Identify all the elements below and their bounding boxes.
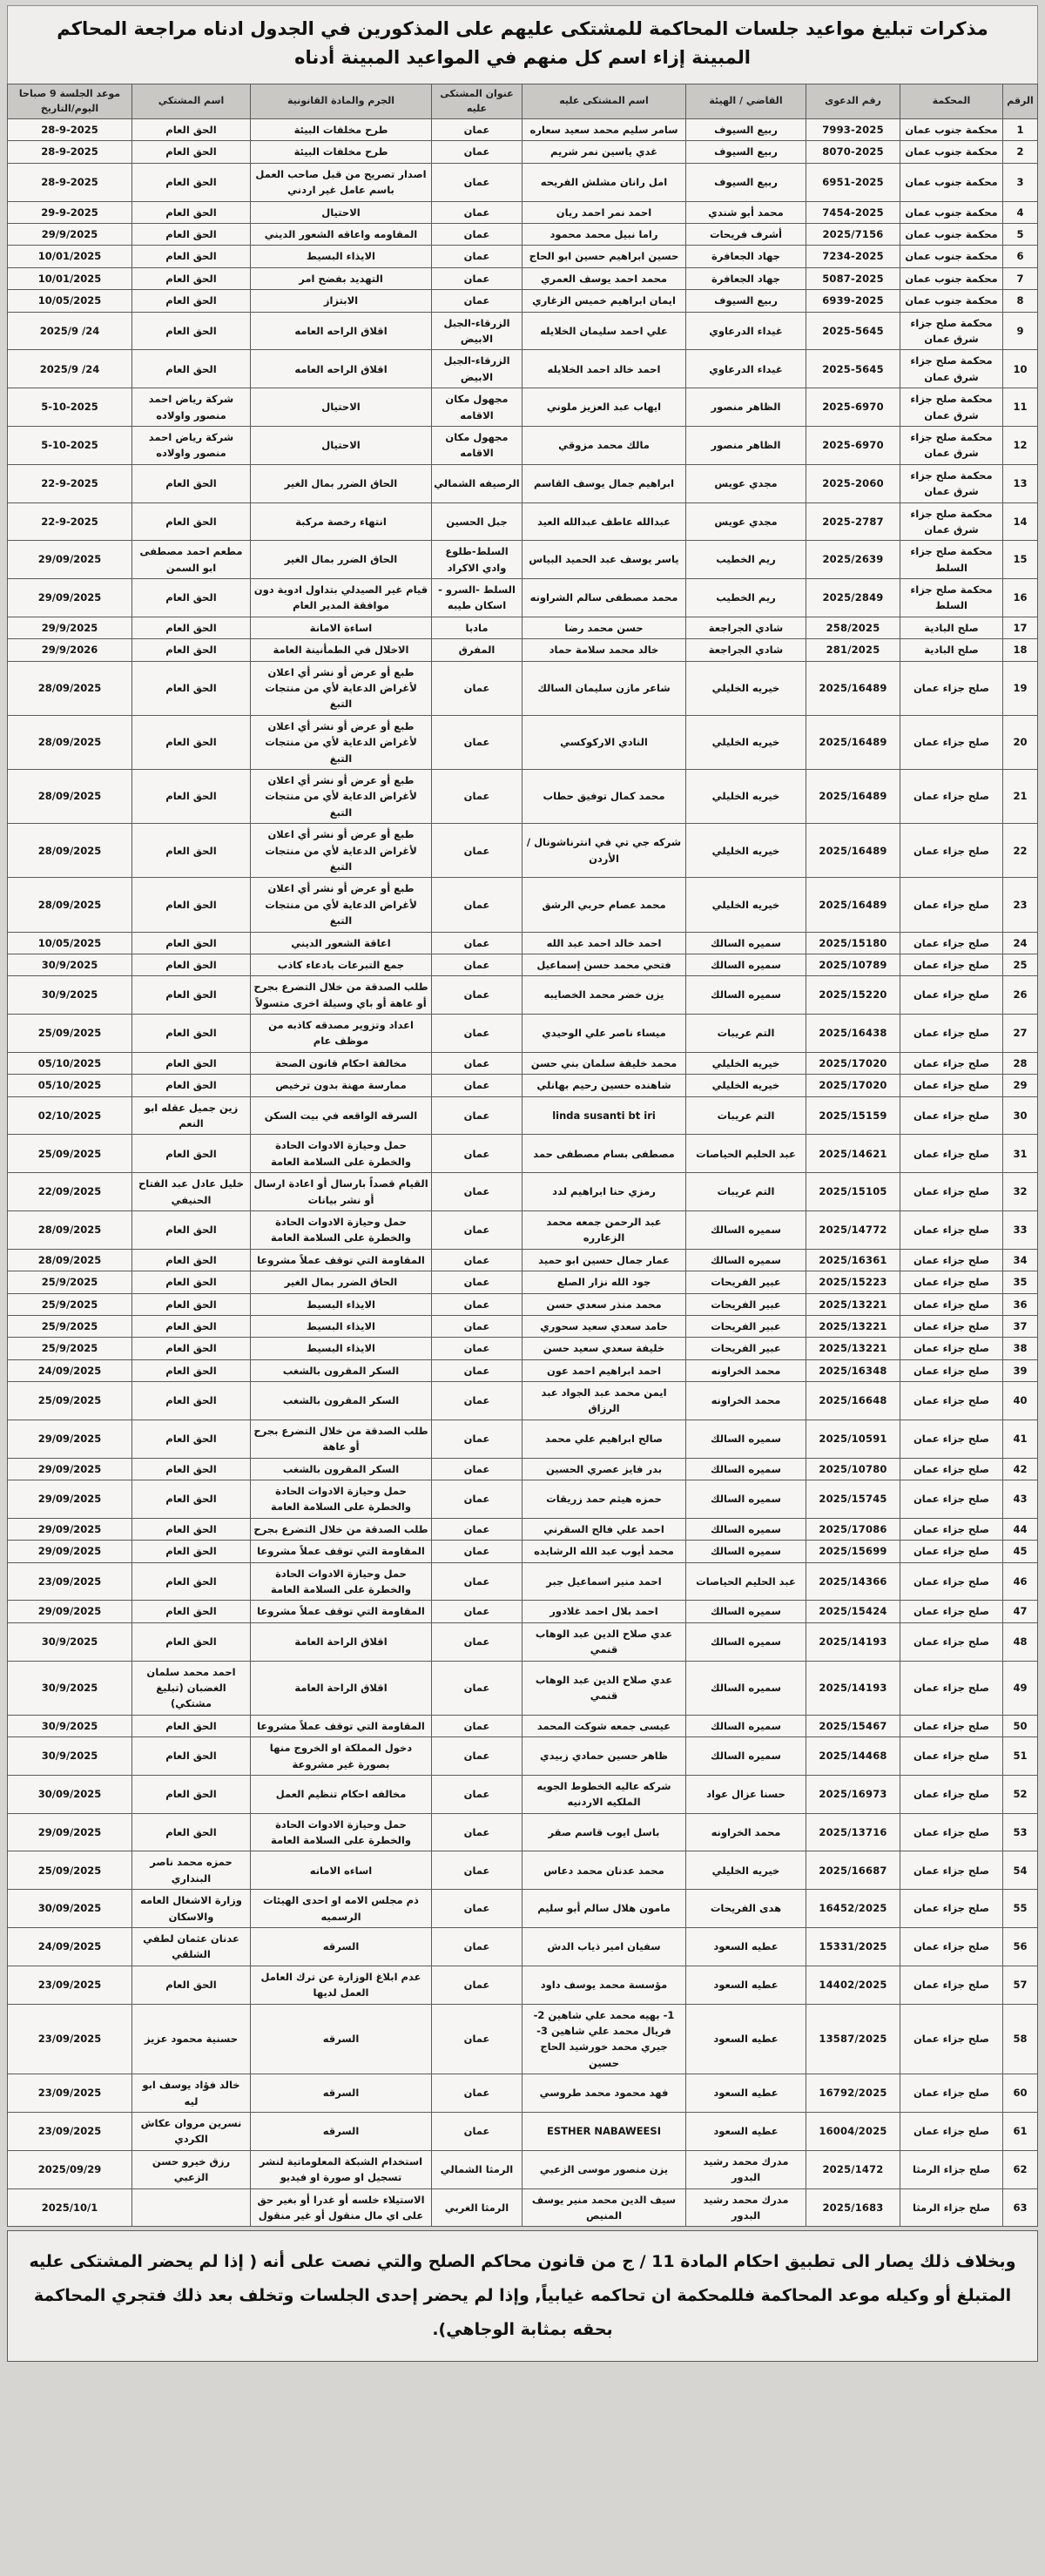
row-judge: مجدي عويس [686,464,806,502]
row-judge: غيداء الدرعاوي [686,312,806,350]
row-crime-article: السكر المقرون بالشغب [251,1458,432,1480]
row-judge: الظاهر منصور [686,426,806,464]
row-judge: ريم الخطيب [686,541,806,579]
table-row: 48صلح جزاء عمان2025/14193سميره السالكعدي… [8,1622,1038,1661]
row-defendant-address: عمان [432,1249,522,1271]
row-number: 27 [1003,1015,1038,1053]
row-judge: عطيه السعود [686,2004,806,2074]
row-crime-article: طبع أو عرض أو نشر أي اعلان لأغراض الدعاي… [251,824,432,878]
row-defendant-address: عمان [432,1851,522,1890]
row-crime-article: المقاومة التي توقف عملاً مشروعا [251,1541,432,1562]
row-judge: عبير الفريحات [686,1315,806,1337]
row-number: 61 [1003,2112,1038,2150]
row-defendant-name: محمد احمد يوسف العمري [522,267,686,289]
row-defendant-address: عمان [432,1173,522,1211]
row-number: 52 [1003,1775,1038,1813]
row-court: صلح جزاء عمان [900,1419,1003,1458]
row-number: 20 [1003,715,1038,769]
table-row: 22صلح جزاء عمان2025/16489خيريه الخليليشر… [8,824,1038,878]
row-defendant-address: السلط-طلوع وادي الاكراد [432,541,522,579]
row-court: محكمة صلح جزاء شرق عمان [900,350,1003,388]
row-court: صلح جزاء عمان [900,1601,1003,1622]
row-judge: جهاد الجعافرة [686,267,806,289]
row-case-number: 2025/2639 [806,541,900,579]
row-number: 51 [1003,1737,1038,1776]
row-number: 42 [1003,1458,1038,1480]
row-session-date: 30/09/2025 [8,1775,132,1813]
row-court: صلح جزاء عمان [900,2004,1003,2074]
row-defendant-address: عمان [432,878,522,932]
row-case-number: 2025/13221 [806,1315,900,1337]
row-session-date: 23/09/2025 [8,1562,132,1601]
row-court: صلح جزاء عمان [900,1775,1003,1813]
row-session-date: 29/09/2025 [8,579,132,617]
row-case-number: 2025/16687 [806,1851,900,1890]
row-defendant-name: فتحي محمد حسن إسماعيل [522,954,686,975]
row-session-date: 23/09/2025 [8,2112,132,2150]
row-case-number: 2025/16438 [806,1015,900,1053]
row-session-date: 24/ 2025/9 [8,350,132,388]
row-crime-article: ذم مجلس الامه او احدى الهيئات الرسميه [251,1890,432,1928]
table-row: 40صلح جزاء عمان2025/16648محمد الخراونهاي… [8,1382,1038,1420]
row-session-date: 5-10-2025 [8,388,132,427]
row-judge: التم عريبات [686,1096,806,1135]
row-crime-article: اقلاق الراحة العامة [251,1622,432,1661]
row-complainant-name: وزارة الاشغال العامه والاسكان [132,1890,251,1928]
row-number: 19 [1003,661,1038,715]
row-court: صلح جزاء عمان [900,824,1003,878]
row-crime-article: طبع أو عرض أو نشر أي اعلان لأغراض الدعاي… [251,769,432,823]
row-crime-article: حمل وحيازة الادوات الحادة والخطرة على ال… [251,1813,432,1851]
row-defendant-address: عمان [432,224,522,246]
row-complainant-name: الحق العام [132,579,251,617]
row-number: 56 [1003,1928,1038,1966]
row-crime-article: اصدار تصريح من قبل صاحب العمل باسم عامل … [251,163,432,201]
table-row: 37صلح جزاء عمان2025/13221عبير الفريحاتحا… [8,1315,1038,1337]
header-complainant-name: اسم المشتكي [132,84,251,119]
row-complainant-name: الحق العام [132,1541,251,1562]
row-court: صلح جزاء عمان [900,1851,1003,1890]
row-judge: سميره السالك [686,1210,806,1249]
row-case-number: 2025/14193 [806,1661,900,1715]
row-number: 28 [1003,1052,1038,1074]
row-session-date: 10/01/2025 [8,267,132,289]
row-case-number: 2025/17086 [806,1518,900,1540]
row-session-date: 29/09/2025 [8,1601,132,1622]
row-court: صلح جزاء عمان [900,1518,1003,1540]
row-number: 25 [1003,954,1038,975]
row-court: صلح جزاء عمان [900,1052,1003,1074]
table-row: 33صلح جزاء عمان2025/14772سميره السالكعبد… [8,1210,1038,1249]
row-case-number: 2025/13221 [806,1293,900,1315]
row-crime-article: الحاق الضرر بمال الغير [251,1271,432,1293]
row-defendant-address: مجهول مكان الاقامه [432,426,522,464]
row-judge: مجدي عويس [686,502,806,541]
row-judge: خيريه الخليلي [686,878,806,932]
row-session-date: 29/09/2025 [8,1813,132,1851]
row-defendant-address: عمان [432,1015,522,1053]
row-complainant-name: الحق العام [132,246,251,267]
row-defendant-address: الرمثا الشمالي [432,2150,522,2188]
row-complainant-name: الحق العام [132,502,251,541]
row-crime-article: اقلاق الراحة العامة [251,1661,432,1715]
row-crime-article: الاحتيال [251,388,432,427]
row-complainant-name: الحق العام [132,661,251,715]
table-row: 56صلح جزاء عمان15331/2025عطيه السعودسفيا… [8,1928,1038,1966]
row-case-number: 13587/2025 [806,2004,900,2074]
row-judge: خيريه الخليلي [686,715,806,769]
row-court: محكمة جنوب عمان [900,290,1003,312]
table-row: 30صلح جزاء عمان2025/15159التم عريباتlind… [8,1096,1038,1135]
row-crime-article: مخالفة احكام قانون الصحة [251,1052,432,1074]
row-complainant-name: الحق العام [132,290,251,312]
row-defendant-name: ميساء ناصر علي الوحيدي [522,1015,686,1053]
row-defendant-address: عمان [432,290,522,312]
row-defendant-name: مامون هلال سالم أبو سليم [522,1890,686,1928]
row-court: محكمة صلح جزاء السلط [900,579,1003,617]
row-complainant-name: الحق العام [132,119,251,141]
row-judge: سميره السالك [686,1249,806,1271]
table-row: 28صلح جزاء عمان2025/17020خيريه الخليليمح… [8,1052,1038,1074]
table-row: 25صلح جزاء عمان2025/10789سميره السالكفتح… [8,954,1038,975]
row-crime-article: السرقه [251,2004,432,2074]
row-crime-article: الايذاء البسيط [251,1338,432,1359]
row-complainant-name: الحق العام [132,1622,251,1661]
row-defendant-address: عمان [432,1293,522,1315]
row-crime-article: اعاقة الشعور الديني [251,932,432,954]
legal-note-footer: وبخلاف ذلك يصار الى تطبيق احكام المادة 1… [7,2230,1038,2362]
row-judge: عطيه السعود [686,1928,806,1966]
row-number: 1 [1003,119,1038,141]
row-defendant-address: عمان [432,1419,522,1458]
row-case-number: 2025/15745 [806,1480,900,1519]
row-complainant-name: نسرين مروان عكاش الكردي [132,2112,251,2150]
row-complainant-name: الحق العام [132,1715,251,1736]
row-case-number: 2025/1683 [806,2188,900,2227]
row-defendant-name: باسل ايوب قاسم صقر [522,1813,686,1851]
row-number: 13 [1003,464,1038,502]
row-judge: سميره السالك [686,1715,806,1736]
row-case-number: 16004/2025 [806,2112,900,2150]
row-judge: سميره السالك [686,1622,806,1661]
row-number: 53 [1003,1813,1038,1851]
row-court: صلح جزاء عمان [900,1015,1003,1053]
row-complainant-name: الحق العام [132,1210,251,1249]
row-defendant-address: عمان [432,976,522,1015]
row-judge: خيريه الخليلي [686,824,806,878]
row-crime-article: طلب الصدقة من خلال التضرع بجرح أو عاهة أ… [251,976,432,1015]
table-row: 45صلح جزاء عمان2025/15699سميره السالكمحم… [8,1541,1038,1562]
row-case-number: 281/2025 [806,639,900,661]
row-complainant-name: الحق العام [132,1052,251,1074]
row-defendant-address: عمان [432,932,522,954]
table-row: 21صلح جزاء عمان2025/16489خيريه الخليليمح… [8,769,1038,823]
table-row: 16محكمة صلح جزاء السلط2025/2849ريم الخطي… [8,579,1038,617]
row-crime-article: السرقه [251,2074,432,2113]
row-crime-article: السرقه الواقعه في بيت السكن [251,1096,432,1135]
row-defendant-address: عمان [432,1661,522,1715]
row-crime-article: عدم ابلاغ الوزارة عن ترك العامل العمل لد… [251,1966,432,2004]
row-judge: التم عريبات [686,1015,806,1053]
row-session-date: 29/9/2026 [8,639,132,661]
row-defendant-name: محمد منذر سعدي حسن [522,1293,686,1315]
row-complainant-name: الحق العام [132,1382,251,1420]
row-defendant-name: بدر فايز عصري الحسين [522,1458,686,1480]
row-defendant-address: عمان [432,769,522,823]
row-complainant-name: عدنان عثمان لطفي الشلقي [132,1928,251,1966]
table-row: 19صلح جزاء عمان2025/16489خيريه الخليليشا… [8,661,1038,715]
row-judge: ربيع السيوف [686,119,806,141]
header-session-date: موعد الجلسة 9 صباحا اليوم/التاريخ [8,84,132,119]
row-crime-article: الابتزاز [251,290,432,312]
table-row: 49صلح جزاء عمان2025/14193سميره السالكعدي… [8,1661,1038,1715]
row-case-number: 2025/14772 [806,1210,900,1249]
table-row: 29صلح جزاء عمان2025/17020خيريه الخليليشا… [8,1075,1038,1096]
row-defendant-address: السلط -السرو - اسكان طيبه [432,579,522,617]
row-judge: مدرك محمد رشيد البدور [686,2150,806,2188]
row-court: صلح جزاء عمان [900,1075,1003,1096]
row-judge: عطيه السعود [686,1966,806,2004]
hearings-table: الرقم المحكمة رقم الدعوى القاضي / الهيئة… [7,84,1038,2227]
row-complainant-name: الحق العام [132,1813,251,1851]
row-session-date: 10/05/2025 [8,290,132,312]
row-defendant-address: عمان [432,1271,522,1293]
row-court: صلح جزاء عمان [900,1293,1003,1315]
row-defendant-name: احمد ابراهيم احمد عون [522,1359,686,1381]
row-defendant-name: احمد نمر احمد ريان [522,201,686,223]
row-judge: سميره السالك [686,1541,806,1562]
row-crime-article: الايذاء البسيط [251,1315,432,1337]
row-number: 46 [1003,1562,1038,1601]
table-header-row: الرقم المحكمة رقم الدعوى القاضي / الهيئة… [8,84,1038,119]
row-court: محكمة جنوب عمان [900,201,1003,223]
row-session-date: 29/09/2025 [8,1458,132,1480]
table-row: 18صلح البادية281/2025شادي الجراجعةخالد م… [8,639,1038,661]
row-judge: خيريه الخليلي [686,661,806,715]
table-row: 43صلح جزاء عمان2025/15745سميره السالكحمز… [8,1480,1038,1519]
row-session-date: 28/09/2025 [8,715,132,769]
row-judge: عبد الحليم الحياصات [686,1562,806,1601]
row-case-number: 7454-2025 [806,201,900,223]
row-session-date: 28/09/2025 [8,824,132,878]
row-complainant-name: شركة رياض احمد منصور واولاده [132,388,251,427]
row-judge: ربيع السيوف [686,290,806,312]
row-number: 48 [1003,1622,1038,1661]
row-case-number: 2025/17020 [806,1052,900,1074]
row-defendant-name: فهد محمود محمد طروسي [522,2074,686,2113]
row-defendant-name: احمد منير اسماعيل جبر [522,1562,686,1601]
row-case-number: 2025/10789 [806,954,900,975]
row-defendant-name: محمد عدنان محمد دعاس [522,1851,686,1890]
row-defendant-address: عمان [432,1562,522,1601]
row-complainant-name: الحق العام [132,312,251,350]
row-case-number: 2025/16489 [806,878,900,932]
row-defendant-name: ابراهيم جمال يوسف القاسم [522,464,686,502]
row-defendant-address: جبل الحسين [432,502,522,541]
row-number: 62 [1003,2150,1038,2188]
row-session-date: 25/9/2025 [8,1315,132,1337]
table-row: 31صلح جزاء عمان2025/14621عبد الحليم الحي… [8,1135,1038,1173]
row-defendant-name: عدي صلاح الدين عبد الوهاب قنمي [522,1622,686,1661]
row-number: 38 [1003,1338,1038,1359]
table-row: 23صلح جزاء عمان2025/16489خيريه الخليليمح… [8,878,1038,932]
table-row: 20صلح جزاء عمان2025/16489خيريه الخليليال… [8,715,1038,769]
row-crime-article: اساءه الامانه [251,1851,432,1890]
row-case-number: 2025/16489 [806,769,900,823]
row-crime-article: طبع أو عرض أو نشر أي اعلان لأغراض الدعاي… [251,715,432,769]
row-court: صلح جزاء عمان [900,1210,1003,1249]
row-case-number: 7993-2025 [806,119,900,141]
row-case-number: 2025-5645 [806,312,900,350]
row-court: محكمة صلح جزاء شرق عمان [900,312,1003,350]
row-judge: سميره السالك [686,1601,806,1622]
row-case-number: 2025-2787 [806,502,900,541]
row-defendant-name: محمد عصام حربي الرشق [522,878,686,932]
row-case-number: 2025/1472 [806,2150,900,2188]
row-defendant-address: عمان [432,1775,522,1813]
row-case-number: 2025/14621 [806,1135,900,1173]
row-session-date: 22-9-2025 [8,464,132,502]
table-row: 35صلح جزاء عمان2025/15223عبير الفريحاتجو… [8,1271,1038,1293]
row-crime-article: حمل وحيازة الادوات الحادة والخطرة على ال… [251,1135,432,1173]
row-defendant-address: عمان [432,954,522,975]
row-defendant-name: linda susanti bt iri [522,1096,686,1135]
row-judge: شادي الجراجعة [686,617,806,638]
row-defendant-name: راما نبيل محمد محمود [522,224,686,246]
row-number: 24 [1003,932,1038,954]
row-number: 12 [1003,426,1038,464]
row-judge: شادي الجراجعة [686,639,806,661]
row-judge: سميره السالك [686,1737,806,1776]
table-row: 32صلح جزاء عمان2025/15105التم عريباترمزي… [8,1173,1038,1211]
row-judge: عبد الحليم الحياصات [686,1135,806,1173]
row-session-date: 25/09/2025 [8,1015,132,1053]
row-case-number: 2025/15424 [806,1601,900,1622]
row-court: صلح جزاء عمان [900,1928,1003,1966]
row-case-number: 2025/13716 [806,1813,900,1851]
row-complainant-name: الحق العام [132,1601,251,1622]
row-crime-article: الاحتيال [251,201,432,223]
row-defendant-name: شركه عاليه الخطوط الجويه الملكيه الاردني… [522,1775,686,1813]
row-judge: عطيه السعود [686,2074,806,2113]
row-complainant-name: الحق العام [132,1562,251,1601]
table-row: 5محكمة جنوب عمان2025/7156أشرف فريحاتراما… [8,224,1038,246]
row-case-number: 2025/16489 [806,824,900,878]
row-complainant-name: الحق العام [132,201,251,223]
row-court: صلح جزاء عمان [900,1966,1003,2004]
row-session-date: 29-9-2025 [8,201,132,223]
row-crime-article: طرح مخلفات البيئة [251,141,432,163]
row-judge: خيريه الخليلي [686,1851,806,1890]
row-defendant-address: المفرق [432,639,522,661]
row-court: صلح جزاء عمان [900,1382,1003,1420]
row-number: 2 [1003,141,1038,163]
row-number: 6 [1003,246,1038,267]
table-row: 54صلح جزاء عمان2025/16687خيريه الخليليمح… [8,1851,1038,1890]
row-court: صلح جزاء عمان [900,1271,1003,1293]
row-court: صلح جزاء عمان [900,1096,1003,1135]
row-crime-article: السكر المقرون بالشغب [251,1359,432,1381]
row-case-number: 7234-2025 [806,246,900,267]
row-complainant-name: الحق العام [132,954,251,975]
row-crime-article: انتهاء رخصة مركبة [251,502,432,541]
row-defendant-address: الرمثا الغربي [432,2188,522,2227]
row-case-number: 2025-6970 [806,426,900,464]
row-court: محكمة صلح جزاء شرق عمان [900,388,1003,427]
row-defendant-name: عيسى جمعه شوكت المحمد [522,1715,686,1736]
row-crime-article: السكر المقرون بالشغب [251,1382,432,1420]
row-court: صلح جزاء عمان [900,878,1003,932]
row-complainant-name: حسنية محمود عزيز [132,2004,251,2074]
row-crime-article: السرقه [251,2112,432,2150]
row-case-number: 2025/14193 [806,1622,900,1661]
row-session-date: 28/09/2025 [8,769,132,823]
header-case-number: رقم الدعوى [806,84,900,119]
row-session-date: 05/10/2025 [8,1052,132,1074]
row-number: 44 [1003,1518,1038,1540]
row-defendant-address: عمان [432,267,522,289]
row-judge: ربيع السيوف [686,163,806,201]
row-defendant-address: عمان [432,246,522,267]
row-complainant-name: خليل عادل عبد الفتاح الحنيفي [132,1173,251,1211]
row-session-date: 25/9/2025 [8,1271,132,1293]
row-defendant-name: شركه جي تي في انترناشونال / الأردن [522,824,686,878]
row-case-number: 5087-2025 [806,267,900,289]
row-defendant-name: احمد خالد احمد عبد الله [522,932,686,954]
row-defendant-name: عبد الرحمن جمعه محمد الزعارره [522,1210,686,1249]
row-court: صلح جزاء الرمثا [900,2188,1003,2227]
row-session-date: 30/9/2025 [8,976,132,1015]
row-number: 50 [1003,1715,1038,1736]
row-defendant-address: عمان [432,1075,522,1096]
row-crime-article: القيام قصداً بارسال أو اعادة ارسال أو نش… [251,1173,432,1211]
row-defendant-address: مجهول مكان الاقامه [432,388,522,427]
row-judge: عبير الفريحات [686,1271,806,1293]
row-defendant-name: خليفة سعدي سعيد حسن [522,1338,686,1359]
row-case-number: 258/2025 [806,617,900,638]
row-crime-article: الحاق الضرر بمال الغير [251,541,432,579]
table-row: 60صلح جزاء عمان16792/2025عطيه السعودفهد … [8,2074,1038,2113]
row-complainant-name: الحق العام [132,769,251,823]
row-crime-article: طبع أو عرض أو نشر أي اعلان لأغراض الدعاي… [251,661,432,715]
row-case-number: 15331/2025 [806,1928,900,1966]
row-case-number: 2025/16489 [806,661,900,715]
row-case-number: 6951-2025 [806,163,900,201]
row-complainant-name: الحق العام [132,715,251,769]
table-row: 17صلح البادية258/2025شادي الجراجعةحسن مح… [8,617,1038,638]
row-number: 18 [1003,639,1038,661]
row-number: 16 [1003,579,1038,617]
row-judge: عبير الفريحات [686,1293,806,1315]
table-row: 7محكمة جنوب عمان5087-2025جهاد الجعافرةمح… [8,267,1038,289]
table-row: 61صلح جزاء عمان16004/2025عطيه السعودESTH… [8,2112,1038,2150]
row-defendant-address: عمان [432,1359,522,1381]
row-judge: سميره السالك [686,976,806,1015]
row-number: 15 [1003,541,1038,579]
row-defendant-name: سفيان امير ذياب الدش [522,1928,686,1966]
row-court: صلح جزاء عمان [900,954,1003,975]
row-defendant-address: عمان [432,1813,522,1851]
row-case-number: 2025-5645 [806,350,900,388]
row-defendant-address: عمان [432,1480,522,1519]
row-case-number: 2025/13221 [806,1338,900,1359]
row-session-date: 24/ 2025/9 [8,312,132,350]
row-court: صلح جزاء عمان [900,1813,1003,1851]
row-number: 49 [1003,1661,1038,1715]
row-defendant-address: عمان [432,141,522,163]
row-session-date: 30/9/2025 [8,1737,132,1776]
row-complainant-name: الحق العام [132,1458,251,1480]
